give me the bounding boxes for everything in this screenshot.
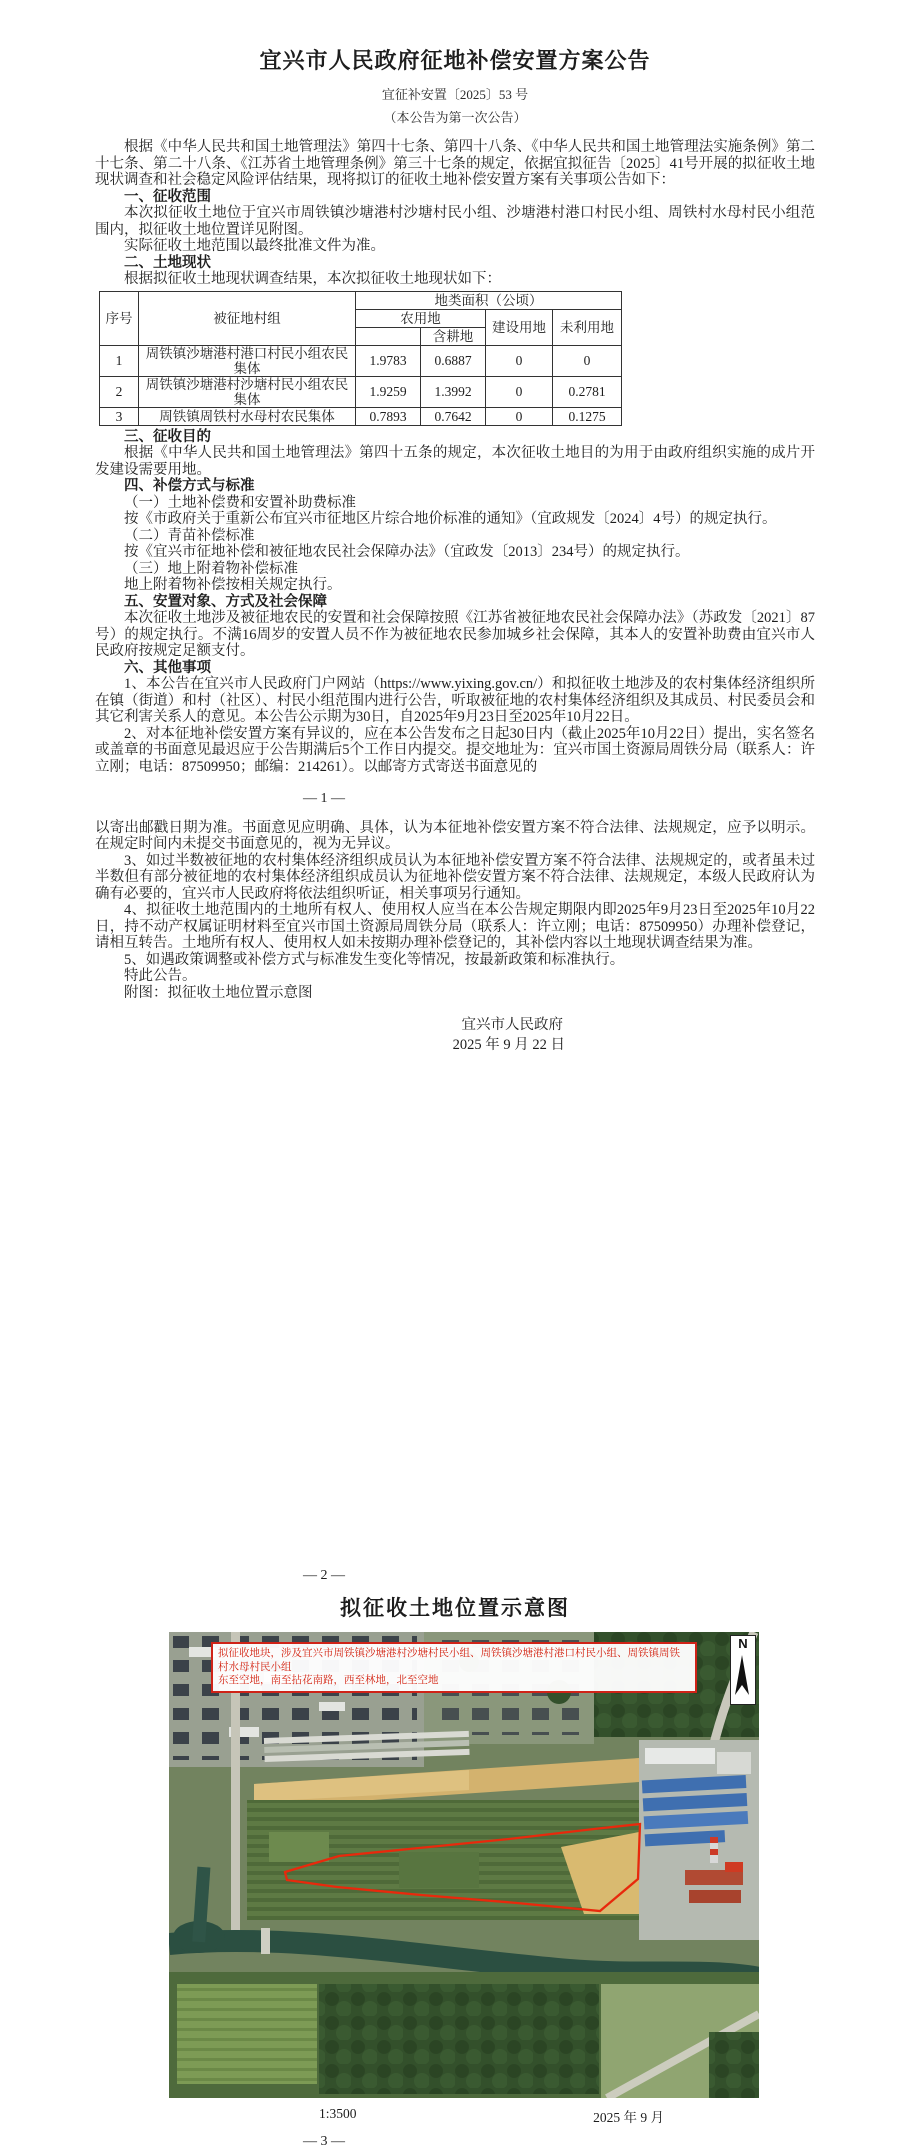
satellite-map-graphic bbox=[169, 1632, 759, 2098]
section-6-item-4: 4、拟征收土地范围内的土地所有权人、使用权人应当在本公告规定期限内即2025年9… bbox=[95, 902, 815, 952]
header-arable: 含耕地 bbox=[421, 327, 486, 345]
map-title: 拟征收土地位置示意图 bbox=[0, 1592, 910, 1622]
section-5-heading: 五、安置对象、方式及社会保障 bbox=[95, 594, 815, 611]
section-6-item-3: 3、如过半数被征地的农村集体经济组织成员认为本征地补偿安置方案不符合法律、法规规… bbox=[95, 853, 815, 903]
section-3-paragraph-1: 根据《中华人民共和国土地管理法》第四十五条的规定，本次征收土地目的为用于由政府组… bbox=[95, 445, 815, 478]
cell-group: 周铁镇周铁村水母村农民集体 bbox=[139, 407, 356, 425]
signature-date: 2025 年 9 月 22 日 bbox=[95, 1037, 815, 1054]
section-3-heading: 三、征收目的 bbox=[95, 429, 815, 446]
cell-no: 1 bbox=[100, 345, 139, 376]
north-arrow-icon bbox=[731, 1651, 753, 1699]
intro-paragraph: 根据《中华人民共和国土地管理法》第四十七条、第四十八条、《中华人民共和国土地管理… bbox=[95, 139, 815, 189]
section-6-item-5: 5、如遇政策调整或补偿方式与标准发生变化等情况，按最新政策和标准执行。 bbox=[95, 952, 815, 969]
section-4-paragraph-6: 地上附着物补偿按相关规定执行。 bbox=[95, 577, 815, 594]
cell-arable: 0.6887 bbox=[421, 345, 486, 376]
header-unused: 未利用地 bbox=[553, 309, 622, 345]
section-4-paragraph-3: （二）青苗补偿标准 bbox=[95, 528, 815, 545]
section-6-item-1: 1、本公告在宜兴市人民政府门户网站（https://www.yixing.gov… bbox=[95, 676, 815, 726]
section-4-paragraph-5: （三）地上附着物补偿标准 bbox=[95, 561, 815, 578]
cell-no: 3 bbox=[100, 407, 139, 425]
cell-unused: 0.2781 bbox=[553, 376, 622, 407]
header-area: 地类面积（公顷） bbox=[356, 291, 622, 309]
cell-arable: 1.3992 bbox=[421, 376, 486, 407]
page-title: 宜兴市人民政府征地补偿安置方案公告 bbox=[95, 44, 815, 75]
map-attachment-section: — 2 — 拟征收土地位置示意图 bbox=[0, 1568, 910, 2150]
cell-group: 周铁镇沙塘港村沙塘村民小组农民集体 bbox=[139, 376, 356, 407]
section-6-heading: 六、其他事项 bbox=[95, 660, 815, 677]
section-4-heading: 四、补偿方式与标准 bbox=[95, 478, 815, 495]
announcement-note: （本公告为第一次公告） bbox=[95, 107, 815, 126]
cell-farm: 0.7893 bbox=[356, 407, 421, 425]
cell-unused: 0 bbox=[553, 345, 622, 376]
page-2-continuation: 以寄出邮戳日期为准。书面意见应明确、具体，认为本征地补偿安置方案不符合法律、法规… bbox=[95, 820, 815, 853]
section-1-paragraph-2: 实际征收土地范围以最终批准文件为准。 bbox=[95, 238, 815, 255]
cell-farm: 1.9783 bbox=[356, 345, 421, 376]
page-3-marker: — 3 — bbox=[288, 2134, 360, 2150]
land-status-table: 序号 被征地村组 地类面积（公顷） 农用地 建设用地 未利用地 含耕地 1 周铁… bbox=[99, 291, 622, 426]
cell-construction: 0 bbox=[486, 407, 553, 425]
section-4-paragraph-4: 按《宜兴市征地补偿和被征地农民社会保障办法》（宜政发〔2013〕234号）的规定… bbox=[95, 544, 815, 561]
document-text: 根据《中华人民共和国土地管理法》第四十七条、第四十八条、《中华人民共和国土地管理… bbox=[95, 139, 815, 1053]
section-2-heading: 二、土地现状 bbox=[95, 255, 815, 272]
table-row: 1 周铁镇沙塘港村港口村民小组农民集体 1.9783 0.6887 0 0 bbox=[100, 345, 622, 376]
section-6-item-2: 2、对本征地补偿安置方案有异议的，应在本公告发布之日起30日内（截止2025年1… bbox=[95, 726, 815, 776]
cell-farm: 1.9259 bbox=[356, 376, 421, 407]
signature-name: 宜兴市人民政府 bbox=[95, 1017, 815, 1034]
attachment-line: 附图：拟征收土地位置示意图 bbox=[95, 985, 815, 1002]
announcement-page: 宜兴市人民政府征地补偿安置方案公告 宜征补安置〔2025〕53 号 （本公告为第… bbox=[0, 0, 910, 2155]
cell-group: 周铁镇沙塘港村港口村民小组农民集体 bbox=[139, 345, 356, 376]
map-annotation-box: 拟征收地块，涉及宜兴市周铁镇沙塘港村沙塘村民小组、周铁镇沙塘港村港口村民小组、周… bbox=[211, 1642, 697, 1693]
cell-construction: 0 bbox=[486, 345, 553, 376]
section-2-paragraph-1: 根据拟征收土地现状调查结果，本次拟征收土地现状如下： bbox=[95, 271, 815, 288]
header-farmland-blank bbox=[356, 327, 421, 345]
table-row: 2 周铁镇沙塘港村沙塘村民小组农民集体 1.9259 1.3992 0 0.27… bbox=[100, 376, 622, 407]
header-construction: 建设用地 bbox=[486, 309, 553, 345]
cell-construction: 0 bbox=[486, 376, 553, 407]
document-body: 宜兴市人民政府征地补偿安置方案公告 宜征补安置〔2025〕53 号 （本公告为第… bbox=[95, 0, 815, 1053]
map-annotation-line2: 东至空地，南至拈花南路，西至林地，北至空地 bbox=[218, 1674, 439, 1686]
map-annotation-line1: 拟征收地块，涉及宜兴市周铁镇沙塘港村沙塘村民小组、周铁镇沙塘港村港口村民小组、周… bbox=[218, 1647, 680, 1673]
cell-unused: 0.1275 bbox=[553, 407, 622, 425]
section-5-paragraph-1: 本次征收土地涉及被征地农民的安置和社会保障按照《江苏省被征地农民社会保障办法》（… bbox=[95, 610, 815, 660]
map-date: 2025 年 9 月 bbox=[593, 2106, 664, 2126]
header-no: 序号 bbox=[100, 291, 139, 345]
compass-north-label: N bbox=[731, 1636, 755, 1651]
cell-no: 2 bbox=[100, 376, 139, 407]
page-1-marker: — 1 — bbox=[288, 791, 360, 808]
map-footer: 1:3500 2025 年 9 月 bbox=[169, 2106, 759, 2126]
closing-line: 特此公告。 bbox=[95, 968, 815, 985]
map-scale: 1:3500 bbox=[319, 2106, 357, 2126]
section-4-paragraph-2: 按《市政府关于重新公布宜兴市征地区片综合地价标准的通知》（宜政规发〔2024〕4… bbox=[95, 511, 815, 528]
satellite-map-image: 拟征收地块，涉及宜兴市周铁镇沙塘港村沙塘村民小组、周铁镇沙塘港村港口村民小组、周… bbox=[169, 1632, 759, 2098]
cell-arable: 0.7642 bbox=[421, 407, 486, 425]
page-2-marker: — 2 — bbox=[288, 1568, 360, 1584]
section-1-heading: 一、征收范围 bbox=[95, 189, 815, 206]
header-farmland: 农用地 bbox=[356, 309, 486, 327]
header-group: 被征地村组 bbox=[139, 291, 356, 345]
section-4-paragraph-1: （一）土地补偿费和安置补助费标准 bbox=[95, 495, 815, 512]
doc-number: 宜征补安置〔2025〕53 号 bbox=[95, 84, 815, 103]
table-row: 3 周铁镇周铁村水母村农民集体 0.7893 0.7642 0 0.1275 bbox=[100, 407, 622, 425]
table-header-row: 序号 被征地村组 地类面积（公顷） bbox=[100, 291, 622, 309]
compass-north-icon: N bbox=[730, 1635, 756, 1705]
section-1-paragraph-1: 本次拟征收土地位于宜兴市周铁镇沙塘港村沙塘村民小组、沙塘港村港口村民小组、周铁村… bbox=[95, 205, 815, 238]
